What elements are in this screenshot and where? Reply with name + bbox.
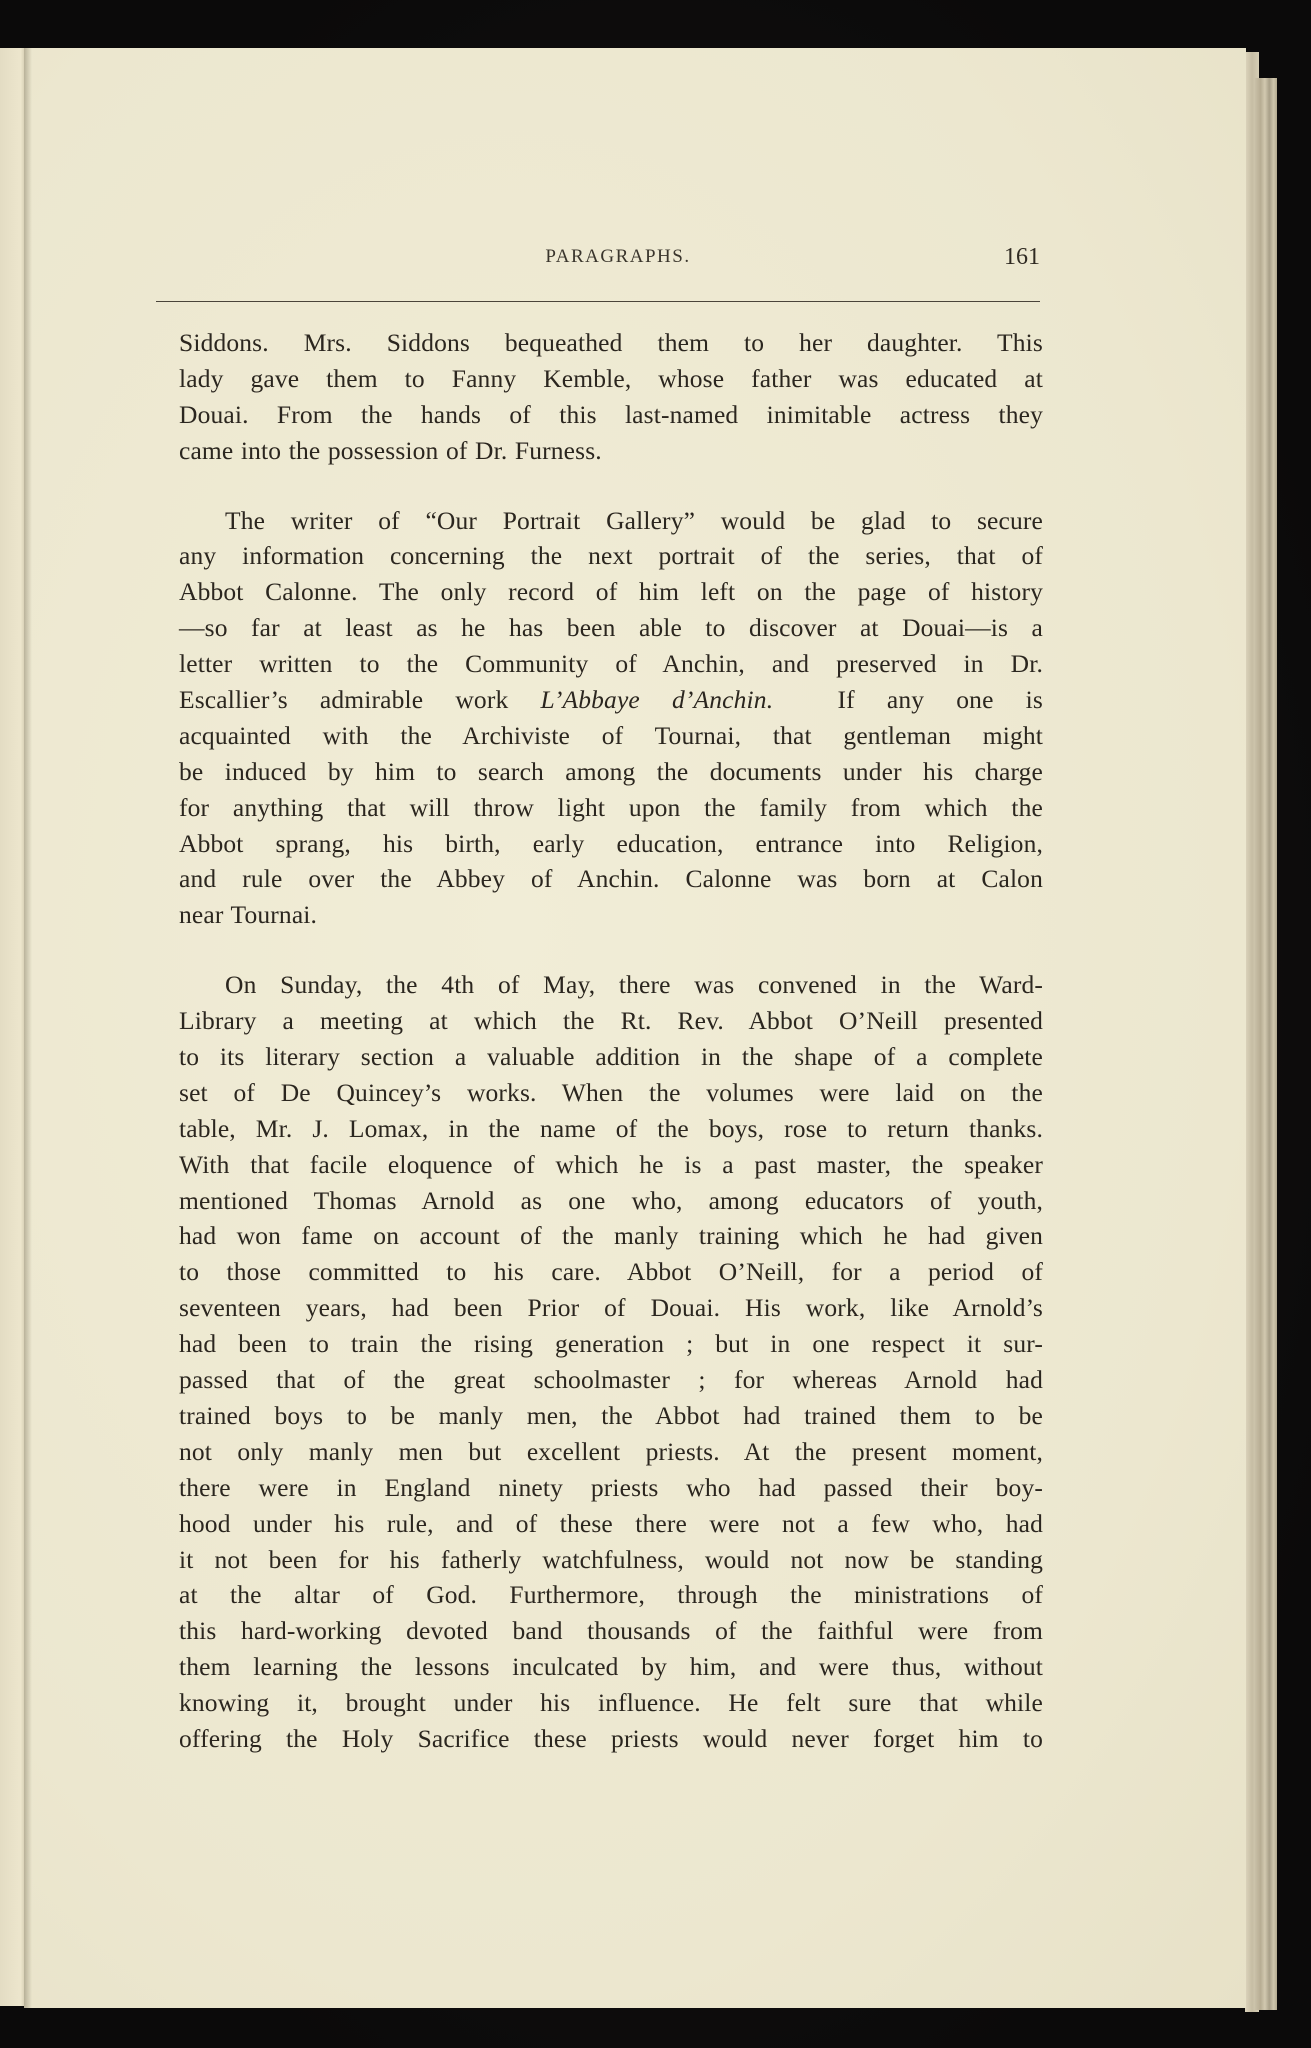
text-line: had won fame on account of the manly tra… <box>179 1218 1043 1254</box>
text-line: trained boys to be manly men, the Abbot … <box>179 1398 1043 1434</box>
text-line: mentioned Thomas Arnold as one who, amon… <box>179 1183 1043 1219</box>
text-line: came into the possession of Dr. Furness. <box>179 433 1043 469</box>
page-number: 161 <box>1004 244 1040 271</box>
text-line-with-italic-title: Escallier’s admirable work L’Abbaye d’An… <box>179 682 1043 718</box>
text-fragment: Escallier’s admirable work <box>179 685 541 714</box>
text-line: there were in England ninety priests who… <box>179 1470 1043 1506</box>
text-line: lady gave them to Fanny Kemble, whose fa… <box>179 361 1043 397</box>
body-text: Siddons. Mrs. Siddons bequeathed them to… <box>179 325 1043 1757</box>
text-line: Douai. From the hands of this last-named… <box>179 397 1043 433</box>
text-line: had been to train the rising generation … <box>179 1326 1043 1362</box>
text-line: passed that of the great schoolmaster ; … <box>179 1362 1043 1398</box>
text-fragment: If any one is <box>773 685 1043 714</box>
text-line: any information concerning the next port… <box>179 538 1043 574</box>
text-line: near Tournai. <box>179 897 1043 933</box>
text-line: for anything that will throw light upon … <box>179 790 1043 826</box>
text-line: to those committed to his care. Abbot O’… <box>179 1254 1043 1290</box>
previous-page-edge <box>0 48 27 2006</box>
paragraph-2: The writer of “Our Portrait Gallery” wou… <box>179 503 1043 934</box>
text-line: Library a meeting at which the Rt. Rev. … <box>179 1003 1043 1039</box>
text-line: On Sunday, the 4th of May, there was con… <box>179 967 1043 1003</box>
text-line: table, Mr. J. Lomax, in the name of the … <box>179 1111 1043 1147</box>
text-line: With that facile eloquence of which he i… <box>179 1147 1043 1183</box>
running-title: PARAGRAPHS. <box>156 246 1040 268</box>
text-line: it not been for his fatherly watchfulnes… <box>179 1542 1043 1578</box>
text-line: be induced by him to search among the do… <box>179 754 1043 790</box>
text-line: to its literary section a valuable addit… <box>179 1039 1043 1075</box>
text-line: Abbot sprang, his birth, early education… <box>179 826 1043 862</box>
text-line: this hard-working devoted band thousands… <box>179 1613 1043 1649</box>
text-line: not only manly men but excellent priests… <box>179 1434 1043 1470</box>
text-line: seventeen years, had been Prior of Douai… <box>179 1290 1043 1326</box>
text-line: hood under his rule, and of these there … <box>179 1506 1043 1542</box>
text-line: —so far at least as he has been able to … <box>179 610 1043 646</box>
page-stack <box>1255 78 1277 2010</box>
text-line: them learning the lessons inculcated by … <box>179 1649 1043 1685</box>
running-head: PARAGRAPHS. 161 <box>156 246 1040 276</box>
text-line: offering the Holy Sacrifice these priest… <box>179 1721 1043 1757</box>
paragraph-3: On Sunday, the 4th of May, there was con… <box>179 967 1043 1757</box>
text-line: knowing it, brought under his influence.… <box>179 1685 1043 1721</box>
text-line: and rule over the Abbey of Anchin. Calon… <box>179 861 1043 897</box>
text-line: at the altar of God. Furthermore, throug… <box>179 1577 1043 1613</box>
text-line: Abbot Calonne. The only record of him le… <box>179 574 1043 610</box>
text-line: Siddons. Mrs. Siddons bequeathed them to… <box>179 325 1043 361</box>
text-line: letter written to the Community of Anchi… <box>179 646 1043 682</box>
text-line: set of De Quincey’s works. When the volu… <box>179 1075 1043 1111</box>
gutter-shadow <box>24 48 32 2008</box>
text-line: The writer of “Our Portrait Gallery” wou… <box>179 503 1043 539</box>
italic-book-title: L’Abbaye d’Anchin. <box>541 685 774 714</box>
header-rule <box>156 301 1040 302</box>
text-line: acquainted with the Archiviste of Tourna… <box>179 718 1043 754</box>
paragraph-1: Siddons. Mrs. Siddons bequeathed them to… <box>179 325 1043 469</box>
